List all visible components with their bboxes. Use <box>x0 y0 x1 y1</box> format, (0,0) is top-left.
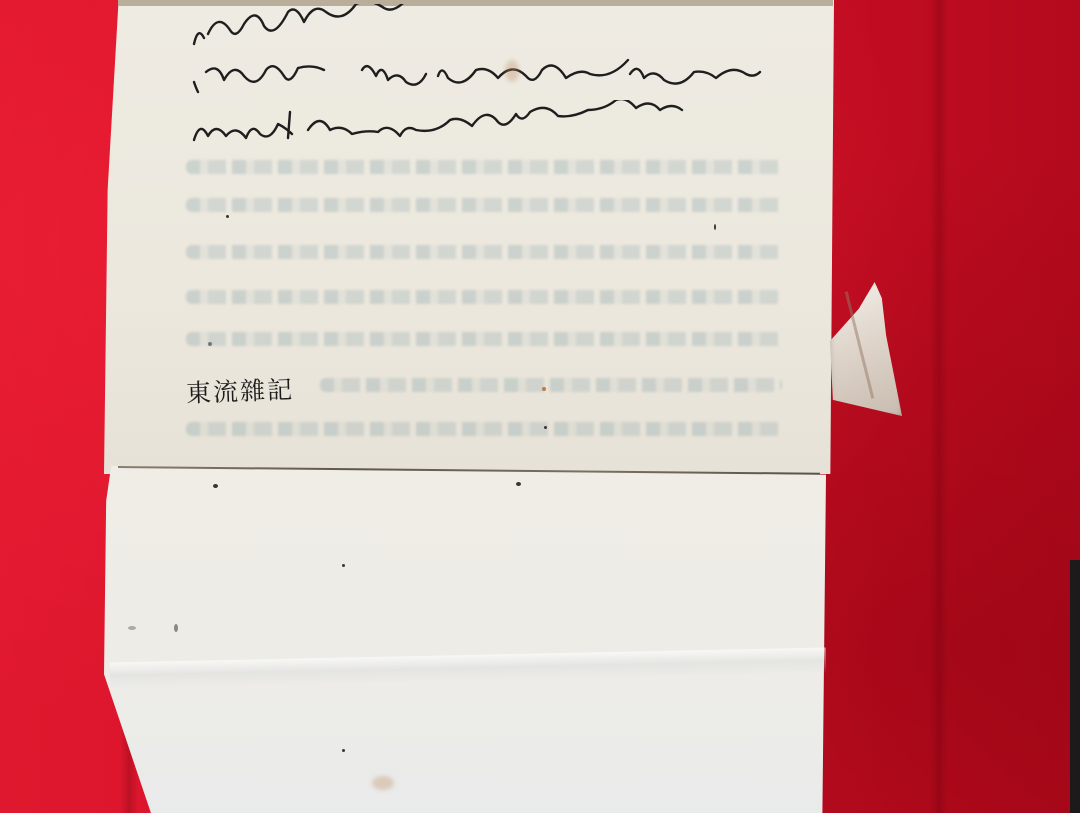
bleed-through-line <box>186 422 782 436</box>
paper-stain <box>505 60 519 82</box>
bleed-through-line <box>186 332 782 346</box>
handwritten-line-3 <box>190 100 790 148</box>
paper-speck <box>342 564 345 567</box>
table-edge <box>1070 560 1080 813</box>
paper-speck <box>226 215 229 218</box>
paper-speck <box>516 482 521 486</box>
paper-speck <box>208 342 212 346</box>
paper-speck <box>544 426 547 429</box>
paper-speck <box>213 484 218 488</box>
paper-speck <box>542 387 546 391</box>
paper-speck <box>342 749 345 752</box>
paper-speck <box>714 224 716 230</box>
paper-stain <box>372 776 394 790</box>
bleed-through-line <box>186 245 782 259</box>
manuscript-title: 東流雜記 <box>185 370 294 410</box>
paper-speck <box>128 626 136 630</box>
handwritten-line-2 <box>190 52 790 96</box>
cloth-fold <box>930 0 948 813</box>
bleed-through-line <box>186 198 782 212</box>
paper-speck <box>174 624 178 632</box>
handwritten-line-1 <box>190 4 790 48</box>
bleed-through-line <box>186 160 782 174</box>
bleed-through-line <box>186 290 782 304</box>
bleed-through-line <box>320 378 782 392</box>
manuscript-lower-leaf <box>104 466 826 813</box>
